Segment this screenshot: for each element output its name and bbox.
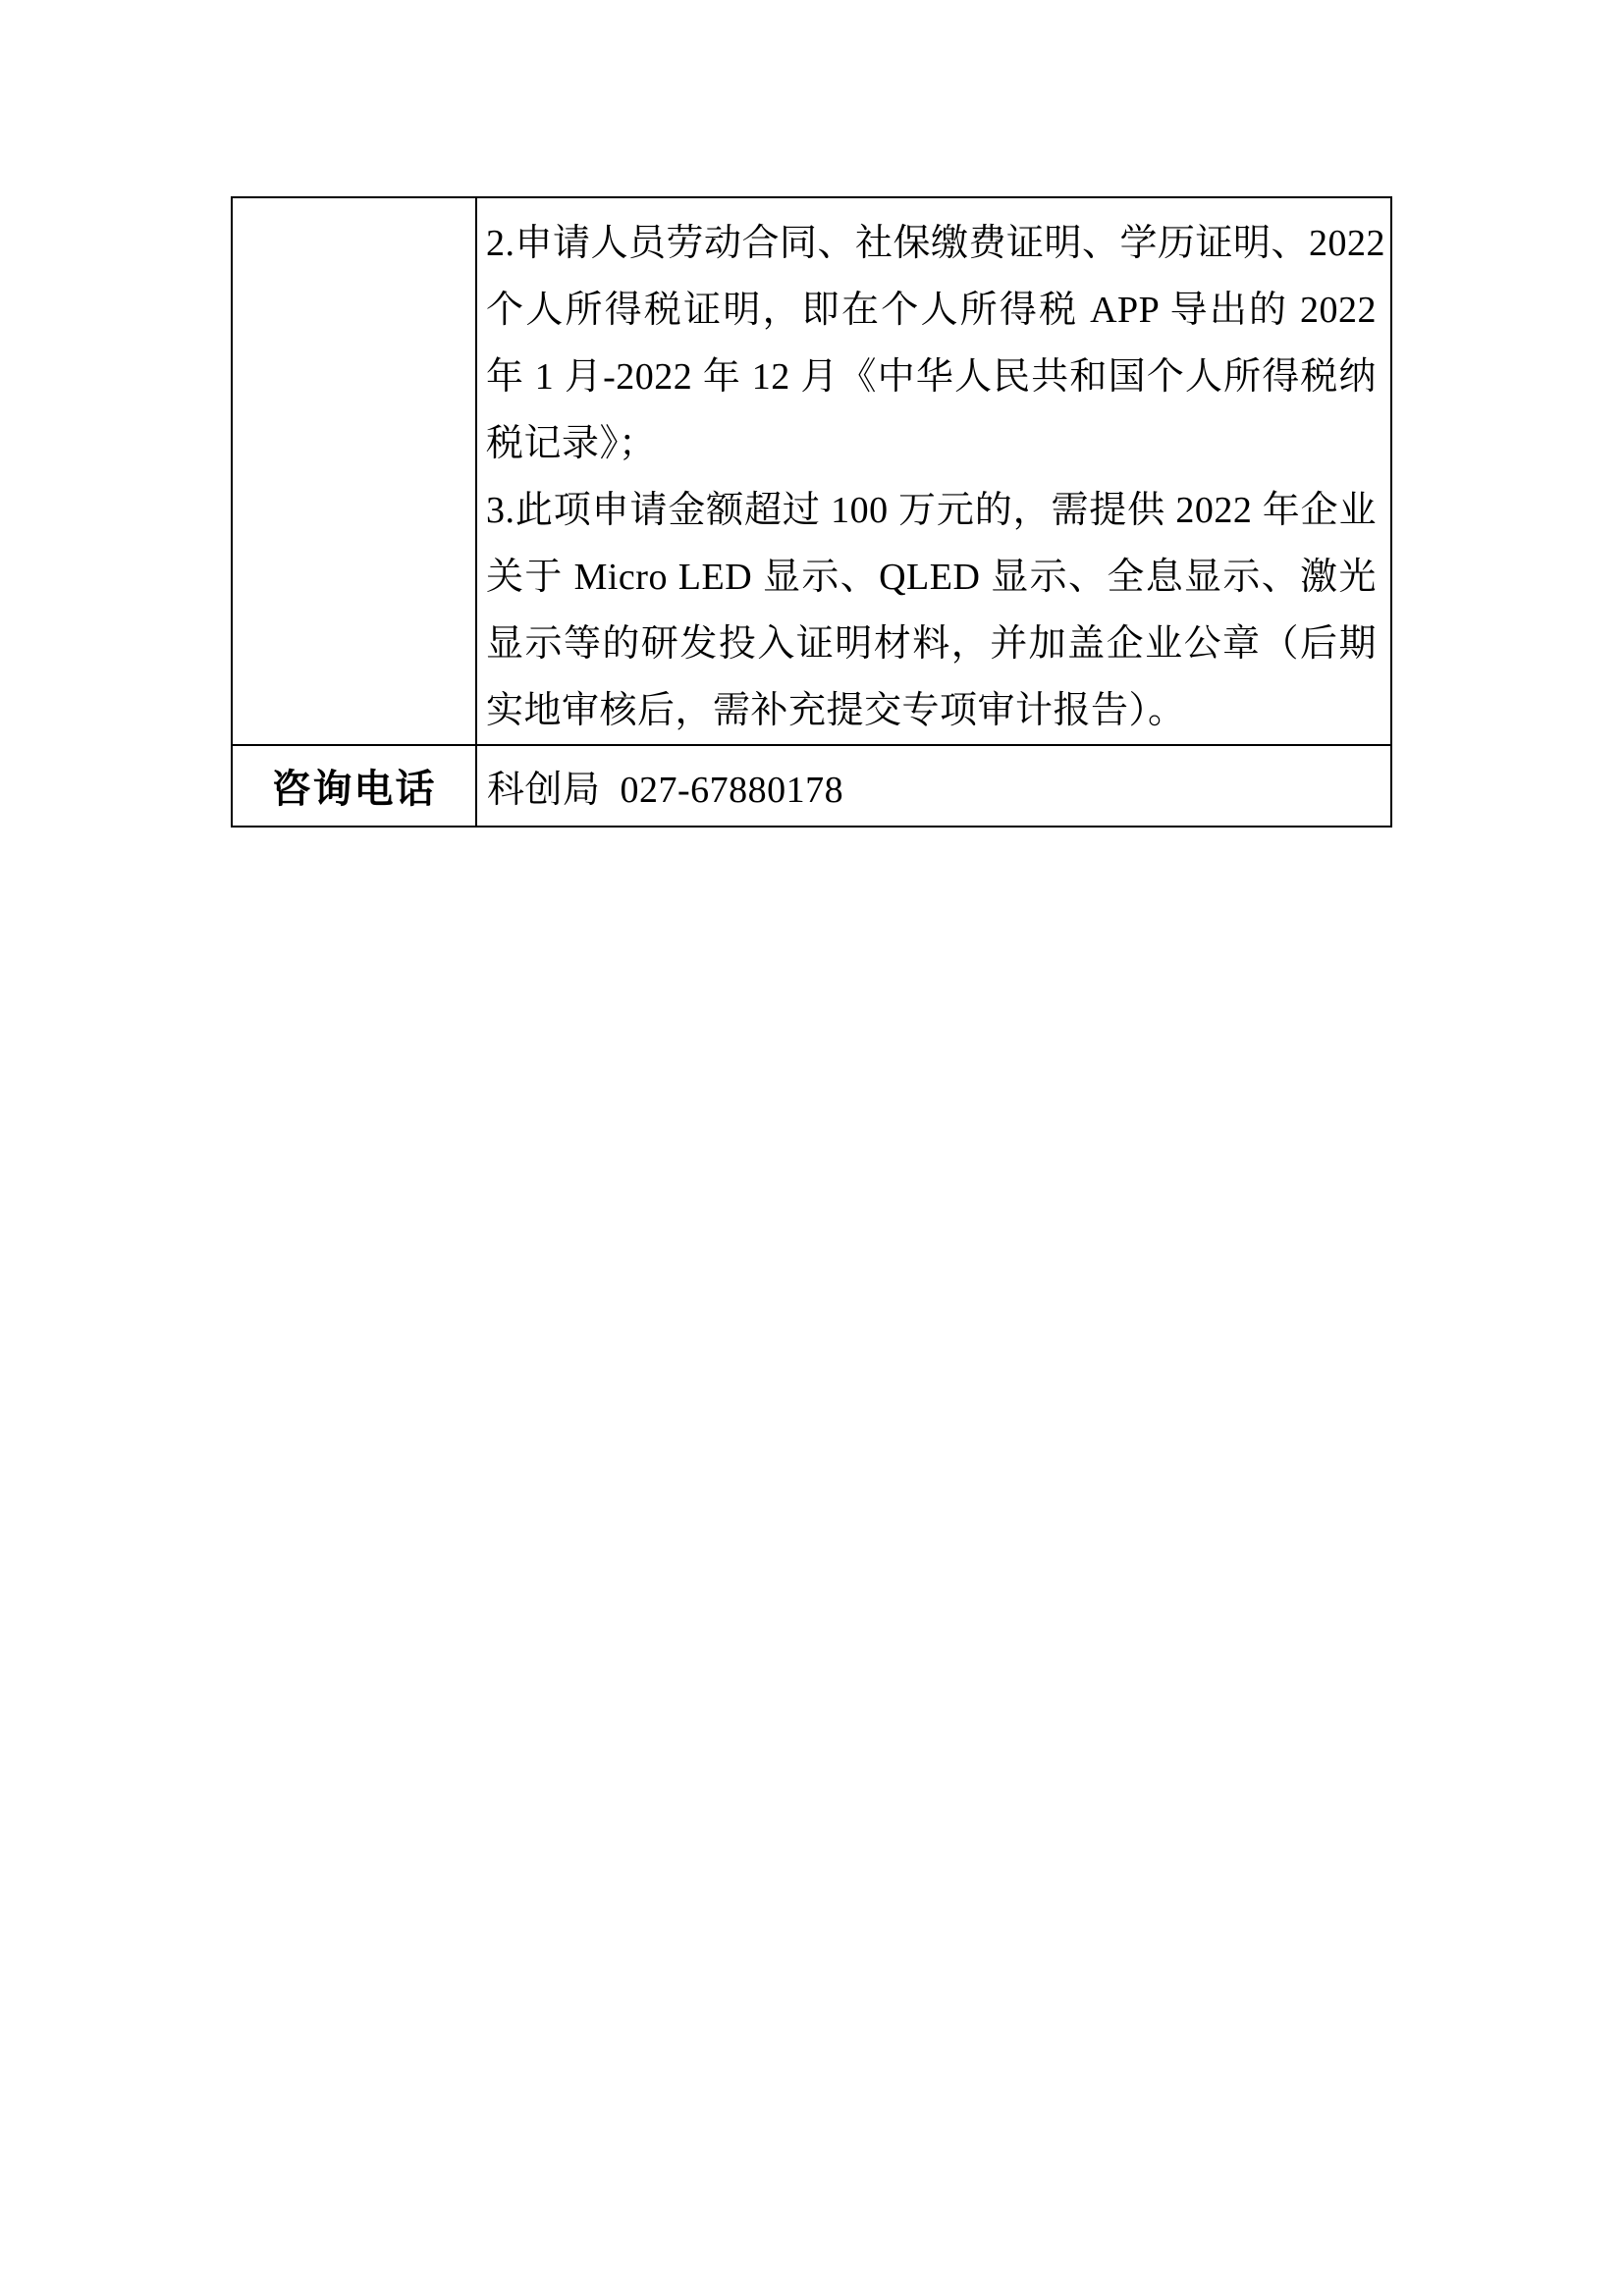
materials-label-cell-empty	[233, 198, 475, 744]
materials-text-line: 关于 Micro LED 显示、QLED 显示、全息显示、激光	[486, 544, 1377, 611]
materials-text-line: 个人所得税证明，即在个人所得税 APP 导出的 2022	[486, 277, 1377, 344]
phone-value-cell: 科创局 027-67880178	[475, 744, 1390, 826]
materials-text-line: 显示等的研发投入证明材料，并加盖企业公章（后期	[486, 611, 1377, 677]
materials-text-line: 2.申请人员劳动合同、社保缴费证明、学历证明、2022	[486, 210, 1377, 277]
materials-content-cell: 2.申请人员劳动合同、社保缴费证明、学历证明、2022 个人所得税证明，即在个人…	[475, 198, 1390, 744]
materials-text-line: 实地审核后，需补充提交专项审计报告）。	[486, 677, 1377, 744]
phone-label-cell: 咨询电话	[233, 744, 475, 826]
document-page: 2.申请人员劳动合同、社保缴费证明、学历证明、2022 个人所得税证明，即在个人…	[0, 0, 1624, 2296]
phone-row-label: 咨询电话	[272, 758, 437, 814]
materials-text-line: 年 1 月-2022 年 12 月《中华人民共和国个人所得税纳	[486, 344, 1377, 410]
materials-text-line: 税记录》；	[486, 410, 1377, 477]
application-info-table: 2.申请人员劳动合同、社保缴费证明、学历证明、2022 个人所得税证明，即在个人…	[231, 196, 1392, 828]
materials-text-line: 3.此项申请金额超过 100 万元的，需提供 2022 年企业	[486, 477, 1377, 544]
phone-number-text: 科创局 027-67880178	[487, 759, 843, 813]
